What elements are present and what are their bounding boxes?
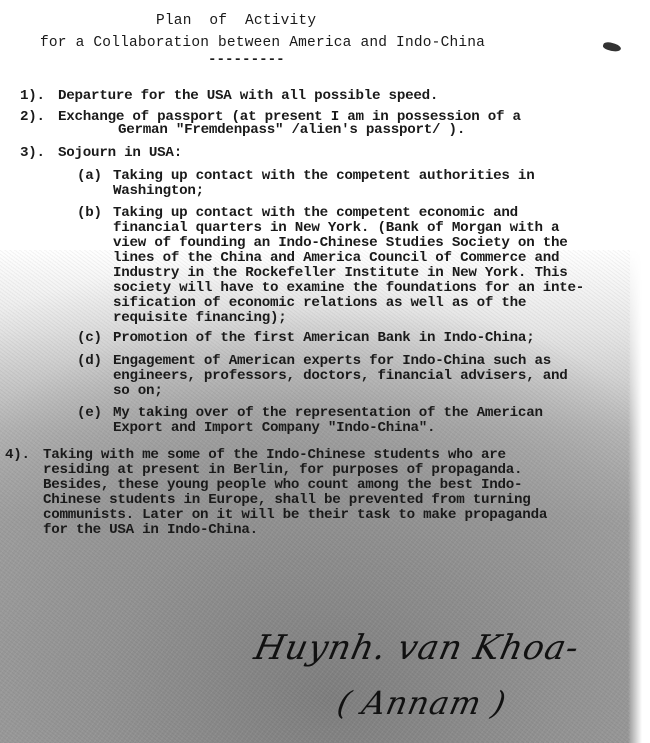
title-rule: --------- — [208, 53, 285, 68]
subitem-label: (a) — [77, 169, 102, 184]
subitem-text-line: requisite financing); — [113, 311, 287, 326]
title-line-2: for a Collaboration between America and … — [40, 36, 485, 51]
subitem-text-line: view of founding an Indo-Chinese Studies… — [113, 236, 568, 251]
subitem-text-line: Export and Import Company "Indo-China". — [113, 421, 435, 436]
subitem-label: (c) — [77, 331, 102, 346]
item-text-line: Departure for the USA with all possible … — [58, 89, 438, 104]
item-text-line: communists. Later on it will be their ta… — [43, 508, 547, 523]
signature-place: ( Annam ) — [334, 684, 510, 722]
subitem-text-line: Industry in the Rockefeller Institute in… — [113, 266, 568, 281]
subitem-text-line: so on; — [113, 384, 163, 399]
item-number: 1). — [20, 89, 45, 104]
subitem-text-line: engineers, professors, doctors, financia… — [113, 369, 568, 384]
subitem-text-line: sification of economic relations as well… — [113, 296, 526, 311]
item-number: 3). — [20, 146, 45, 161]
item-number: 4). — [5, 448, 30, 463]
item-text-line: for the USA in Indo-China. — [43, 523, 258, 538]
item-text-line: Sojourn in USA: — [58, 146, 182, 161]
subitem-text-line: lines of the China and America Council o… — [113, 251, 559, 266]
subitem-text-line: Washington; — [113, 184, 204, 199]
subitem-label: (e) — [77, 406, 102, 421]
subitem-text-line: Taking up contact with the competent eco… — [113, 206, 518, 221]
item-text-line: Taking with me some of the Indo-Chinese … — [43, 448, 506, 463]
subitem-text-line: My taking over of the representation of … — [113, 406, 543, 421]
subitem-text-line: Engagement of American experts for Indo-… — [113, 354, 551, 369]
item-number: 2). — [20, 110, 45, 125]
subitem-label: (b) — [77, 206, 102, 221]
item-text-line: German "Fremdenpass" /alien's passport/ … — [118, 123, 465, 138]
subitem-label: (d) — [77, 354, 102, 369]
subitem-text-line: financial quarters in New York. (Bank of… — [113, 221, 559, 236]
title-line-1: Plan of Activity — [156, 14, 316, 29]
signature-name: Huynh. van Khoa- — [251, 628, 583, 668]
subitem-text-line: society will have to examine the foundat… — [113, 281, 584, 296]
subitem-text-line: Promotion of the first American Bank in … — [113, 331, 534, 346]
item-text-line: Chinese students in Europe, shall be pre… — [43, 493, 531, 508]
item-text-line: Besides, these young people who count am… — [43, 478, 522, 493]
item-text-line: residing at present in Berlin, for purpo… — [43, 463, 522, 478]
subitem-text-line: Taking up contact with the competent aut… — [113, 169, 534, 184]
